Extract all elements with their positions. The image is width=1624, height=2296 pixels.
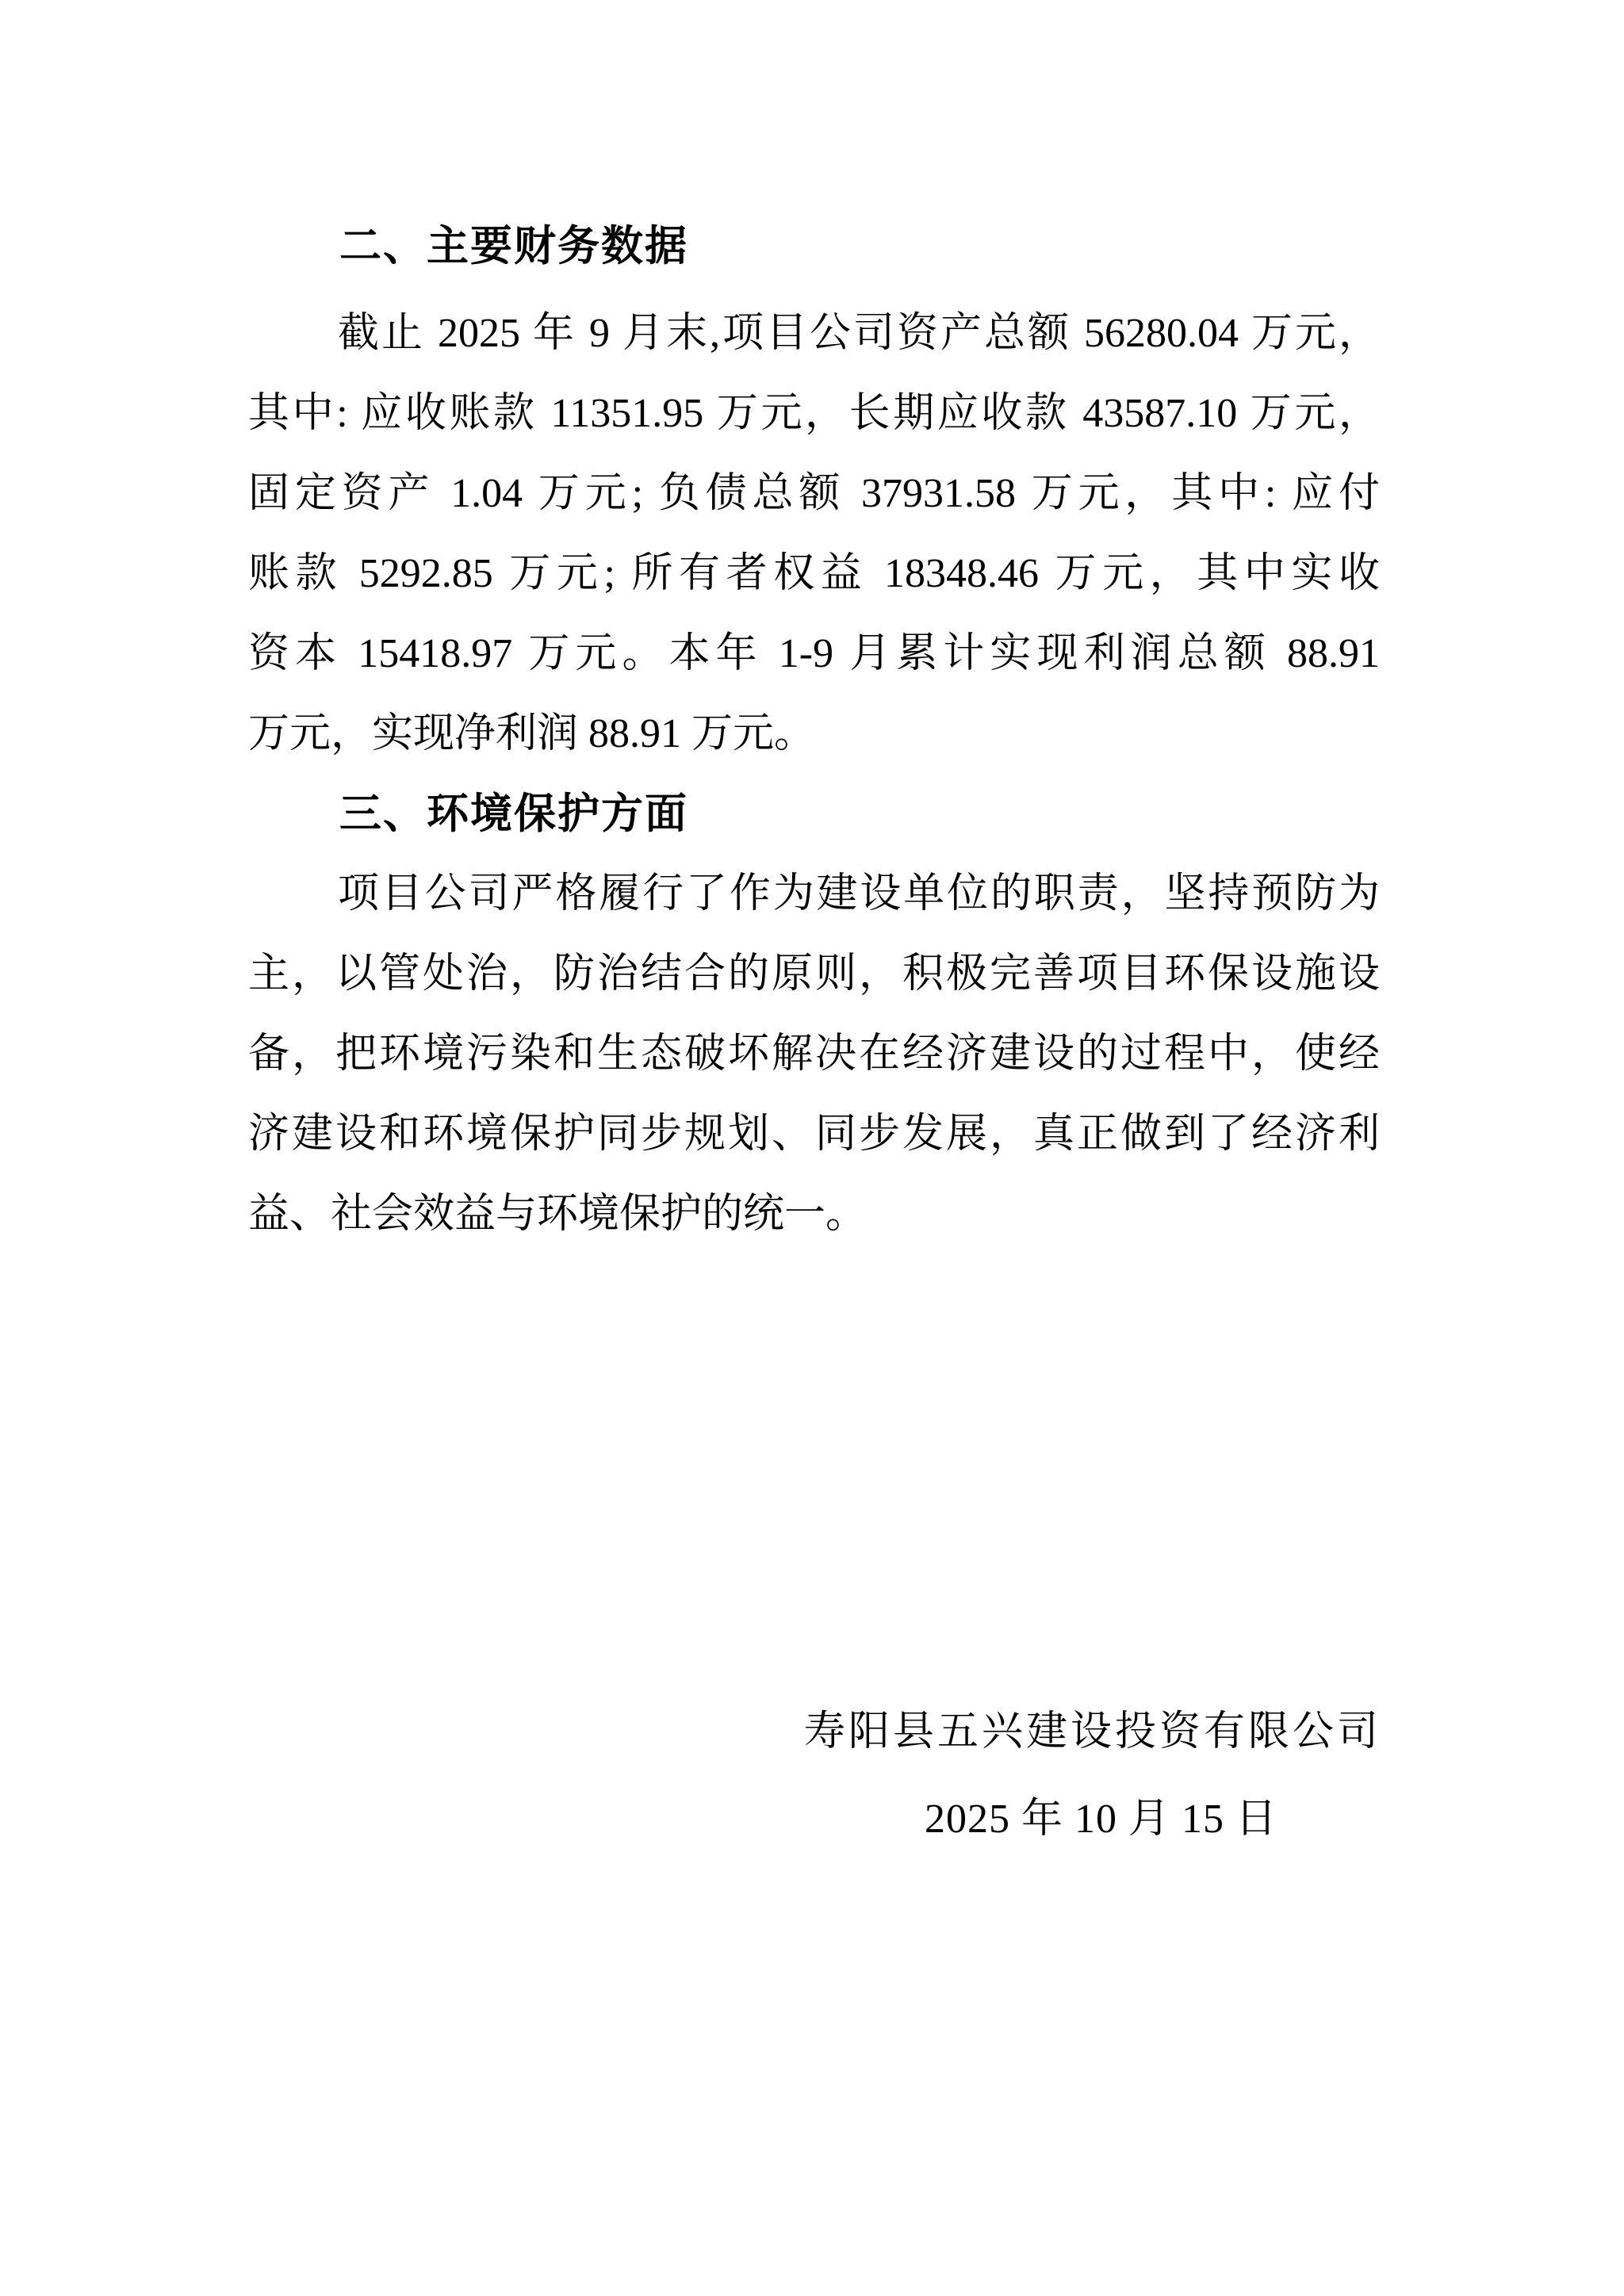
- financial-data-paragraph: 截止 2025 年 9 月末,项目公司资产总额 56280.04 万元， 其中:…: [248, 293, 1380, 774]
- paragraph-line: 主，以管处治，防治结合的原则，积极完善项目环保设施设: [248, 934, 1380, 1014]
- section-2-heading: 二、主要财务数据: [339, 224, 688, 269]
- signature-date: 2025 年 10 月 15 日: [925, 1785, 1277, 1844]
- paragraph-line: 备，把环境污染和生态破坏解决在经济建设的过程中，使经: [248, 1014, 1380, 1094]
- paragraph-line: 项目公司严格履行了作为建设单位的职责，坚持预防为: [248, 854, 1380, 934]
- paragraph-line: 万元，实现净利润 88.91 万元。: [248, 694, 1380, 774]
- document-page: 二、主要财务数据 截止 2025 年 9 月末,项目公司资产总额 56280.0…: [0, 0, 1624, 2296]
- paragraph-line: 资本 15418.97 万元。本年 1-9 月累计实现利润总额 88.91: [248, 614, 1380, 694]
- paragraph-line: 其中: 应收账款 11351.95 万元，长期应收款 43587.10 万元，: [248, 373, 1380, 453]
- paragraph-line: 截止 2025 年 9 月末,项目公司资产总额 56280.04 万元，: [248, 293, 1380, 373]
- paragraph-line: 济建设和环境保护同步规划、同步发展，真正做到了经济利: [248, 1094, 1380, 1174]
- paragraph-line: 益、社会效益与环境保护的统一。: [248, 1174, 1380, 1254]
- signature-company: 寿阳县五兴建设投资有限公司: [804, 1697, 1381, 1757]
- paragraph-line: 账款 5292.85 万元; 所有者权益 18348.46 万元，其中实收: [248, 534, 1380, 614]
- section-3-heading: 三、环境保护方面: [339, 792, 688, 836]
- environment-paragraph: 项目公司严格履行了作为建设单位的职责，坚持预防为 主，以管处治，防治结合的原则，…: [248, 854, 1380, 1254]
- paragraph-line: 固定资产 1.04 万元; 负债总额 37931.58 万元，其中: 应付: [248, 453, 1380, 534]
